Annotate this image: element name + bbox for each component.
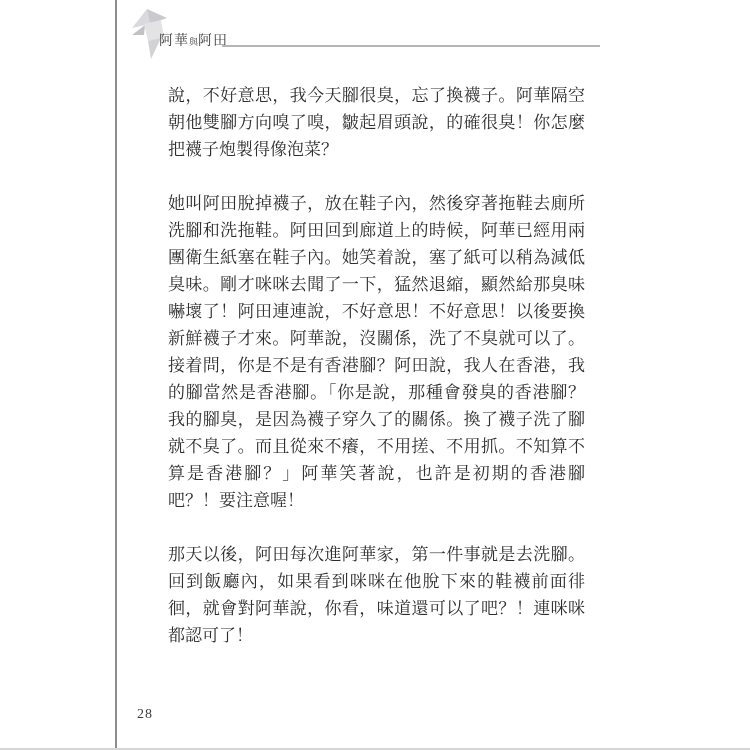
body-paragraph: 那天以後，阿田每次進阿華家，第一件事就是去洗腳。回到飯廳內，如果看到咪咪在他脫下…: [168, 541, 585, 649]
running-head-title: 阿華與阿田: [159, 33, 228, 51]
body-line: 我的腳臭，是因為襪子穿久了的關係。換了襪子洗了腳: [168, 406, 585, 433]
body-line: 臭味。剛才咪咪去聞了一下，猛然退縮，顯然給那臭味: [168, 271, 585, 298]
running-head-part2: 阿田: [198, 34, 228, 49]
body-line: 說，不好意思，我今天腳很臭，忘了換襪子。阿華隔空: [168, 82, 585, 109]
body-text: 說，不好意思，我今天腳很臭，忘了換襪子。阿華隔空朝他雙腳方向嗅了嗅，皺起眉頭說，…: [168, 82, 585, 649]
body-line: 把襪子炮製得像泡菜？: [168, 136, 585, 163]
body-line: 就不臭了。而且從來不癢，不用搓、不用抓。不知算不: [168, 433, 585, 460]
book-page: 阿華與阿田 說，不好意思，我今天腳很臭，忘了換襪子。阿華隔空朝他雙腳方向嗅了嗅，…: [0, 0, 750, 750]
body-line: 團衛生紙塞在鞋子內。她笑着說，塞了紙可以稍為減低: [168, 244, 585, 271]
header-rule: [222, 45, 600, 47]
body-line: 都認可了！: [168, 622, 585, 649]
body-line: 她叫阿田脫掉襪子，放在鞋子內，然後穿著拖鞋去廁所: [168, 190, 585, 217]
body-line: 接着問，你是不是有香港腳？阿田說，我人在香港，我: [168, 352, 585, 379]
body-line: 嚇壞了！阿田連連說，不好意思！不好意思！以後要換: [168, 298, 585, 325]
body-line: 新鮮襪子才來。阿華說，沒關係，洗了不臭就可以了。: [168, 325, 585, 352]
body-line: 朝他雙腳方向嗅了嗅，皺起眉頭說，的確很臭！你怎麼: [168, 109, 585, 136]
body-line: 吧？！要注意喔！: [168, 487, 585, 514]
running-head-connector: 與: [189, 37, 198, 47]
body-paragraph: 說，不好意思，我今天腳很臭，忘了換襪子。阿華隔空朝他雙腳方向嗅了嗅，皺起眉頭說，…: [168, 82, 585, 163]
running-head-part1: 阿華: [159, 34, 189, 49]
body-line: 回到飯廳內，如果看到咪咪在他脫下來的鞋襪前面徘: [168, 568, 585, 595]
body-paragraph: 她叫阿田脫掉襪子，放在鞋子內，然後穿著拖鞋去廁所洗腳和洗拖鞋。阿田回到廊道上的時…: [168, 190, 585, 514]
page-edge-line: [115, 0, 117, 748]
body-line: 的腳當然是香港腳。「你是說，那種會發臭的香港腳？: [168, 379, 585, 406]
page-number: 28: [137, 707, 153, 723]
body-line: 徊，就會對阿華說，你看，味道還可以了吧？！連咪咪: [168, 595, 585, 622]
body-line: 洗腳和洗拖鞋。阿田回到廊道上的時候，阿華已經用兩: [168, 217, 585, 244]
body-line: 那天以後，阿田每次進阿華家，第一件事就是去洗腳。: [168, 541, 585, 568]
body-line: 算是香港腳？」阿華笑著說，也許是初期的香港腳: [168, 460, 585, 487]
